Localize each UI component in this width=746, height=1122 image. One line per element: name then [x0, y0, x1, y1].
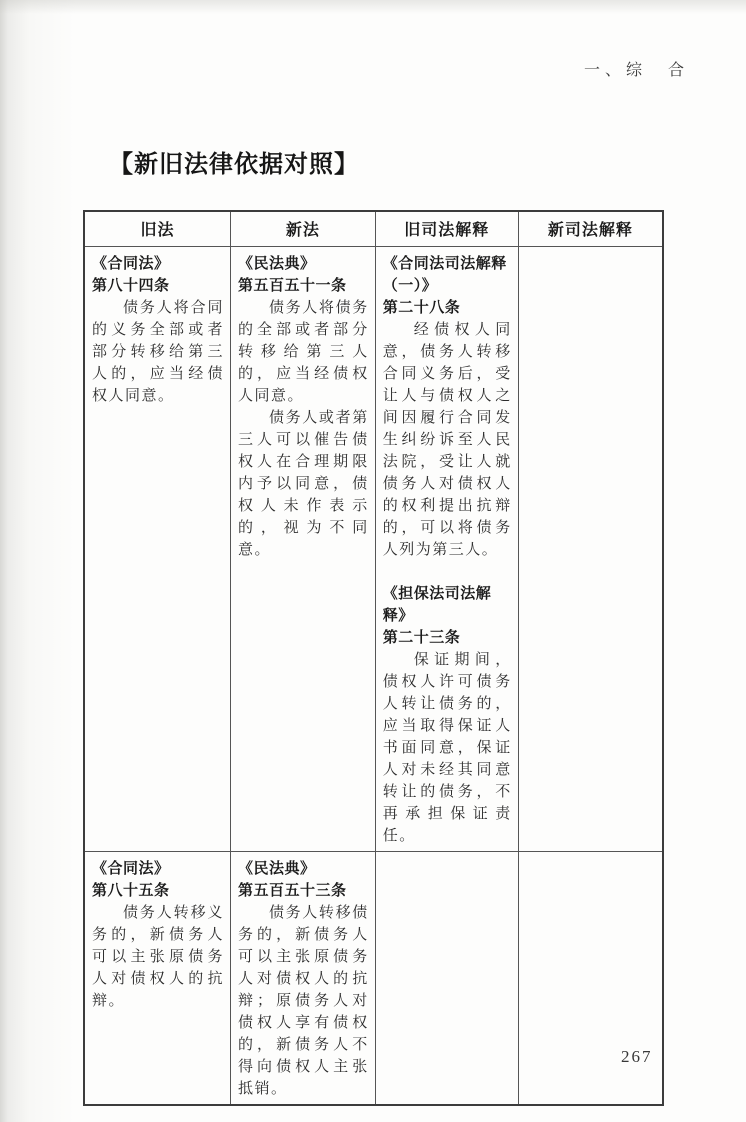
- law-title: 《民法典》: [238, 858, 369, 880]
- law-paragraph: 保证期间，债权人许可债务人转让债务的，应当取得保证人书面同意，保证人对未经其同意…: [383, 649, 512, 847]
- table-header-row: 旧法 新法 旧司法解释 新司法解释: [84, 211, 663, 246]
- column-header-new-law: 新法: [230, 211, 375, 246]
- law-paragraph: 债务人将合同的义务全部或者部分转移给第三人的，应当经债权人同意。: [92, 297, 224, 407]
- table-row: 《合同法》 第八十五条 债务人转移义务的，新债务人可以主张原债务人对债权人的抗辩…: [84, 851, 663, 1105]
- law-paragraph: 债务人转移义务的，新债务人可以主张原债务人对债权人的抗辩。: [92, 902, 224, 1012]
- law-article-number: 第二十八条: [383, 297, 512, 319]
- law-paragraph: 经债权人同意，债务人转移合同义务后，受让人与债权人之间因履行合同发生纠纷诉至人民…: [383, 319, 512, 561]
- law-title: 《担保法司法解释》: [383, 583, 512, 627]
- law-article-number: 第八十四条: [92, 275, 224, 297]
- law-block: 《合同法司法解释（一）》 第二十八条 经债权人同意，债务人转移合同义务后，受让人…: [383, 253, 512, 561]
- law-article-number: 第二十三条: [383, 627, 512, 649]
- law-article-number: 第八十五条: [92, 880, 224, 902]
- column-header-old-interpretation: 旧司法解释: [375, 211, 518, 246]
- law-block: 《合同法》 第八十四条 债务人将合同的义务全部或者部分转移给第三人的，应当经债权…: [92, 253, 224, 407]
- law-article-number: 第五百五十三条: [238, 880, 369, 902]
- law-block: 《担保法司法解释》 第二十三条 保证期间，债权人许可债务人转让债务的，应当取得保…: [383, 583, 512, 847]
- cell-old-law: 《合同法》 第八十五条 债务人转移义务的，新债务人可以主张原债务人对债权人的抗辩…: [84, 851, 230, 1105]
- column-header-new-interpretation: 新司法解释: [518, 211, 663, 246]
- running-header: 一、综 合: [584, 57, 689, 80]
- law-paragraph: 债务人将债务的全部或者部分转移给第三人的，应当经债权人同意。: [238, 297, 369, 407]
- law-title: 《合同法司法解释（一）》: [383, 253, 512, 297]
- cell-old-interpretation: 《合同法司法解释（一）》 第二十八条 经债权人同意，债务人转移合同义务后，受让人…: [375, 246, 518, 851]
- cell-new-interpretation-empty: [518, 246, 663, 851]
- law-title: 《合同法》: [92, 858, 224, 880]
- law-paragraph: 债务人或者第三人可以催告债权人在合理期限内予以同意，债权人未作表示的，视为不同意…: [238, 407, 369, 561]
- cell-old-interpretation-empty: [375, 851, 518, 1105]
- law-title: 《合同法》: [92, 253, 224, 275]
- cell-old-law: 《合同法》 第八十四条 债务人将合同的义务全部或者部分转移给第三人的，应当经债权…: [84, 246, 230, 851]
- law-block: 《民法典》 第五百五十三条 债务人转移债务的，新债务人可以主张原债务人对债权人的…: [238, 858, 369, 1100]
- law-block: 《民法典》 第五百五十一条 债务人将债务的全部或者部分转移给第三人的，应当经债权…: [238, 253, 369, 561]
- law-block: 《合同法》 第八十五条 债务人转移义务的，新债务人可以主张原债务人对债权人的抗辩…: [92, 858, 224, 1012]
- cell-new-law: 《民法典》 第五百五十三条 债务人转移债务的，新债务人可以主张原债务人对债权人的…: [230, 851, 375, 1105]
- page-number: 267: [621, 1047, 653, 1067]
- section-title: 【新旧法律依据对照】: [109, 144, 359, 179]
- column-header-old-law: 旧法: [84, 211, 230, 246]
- law-paragraph: 债务人转移债务的，新债务人可以主张原债务人对债权人的抗辩；原债务人对债权人享有债…: [238, 902, 369, 1100]
- book-page: 一、综 合 【新旧法律依据对照】 旧法 新法 旧司法解释 新司法解释 《合同法》…: [0, 0, 746, 1122]
- law-title: 《民法典》: [238, 253, 369, 275]
- law-article-number: 第五百五十一条: [238, 275, 369, 297]
- law-comparison-table: 旧法 新法 旧司法解释 新司法解释 《合同法》 第八十四条 债务人将合同的义务全…: [83, 210, 664, 1106]
- cell-new-law: 《民法典》 第五百五十一条 债务人将债务的全部或者部分转移给第三人的，应当经债权…: [230, 246, 375, 851]
- table-row: 《合同法》 第八十四条 债务人将合同的义务全部或者部分转移给第三人的，应当经债权…: [84, 246, 663, 851]
